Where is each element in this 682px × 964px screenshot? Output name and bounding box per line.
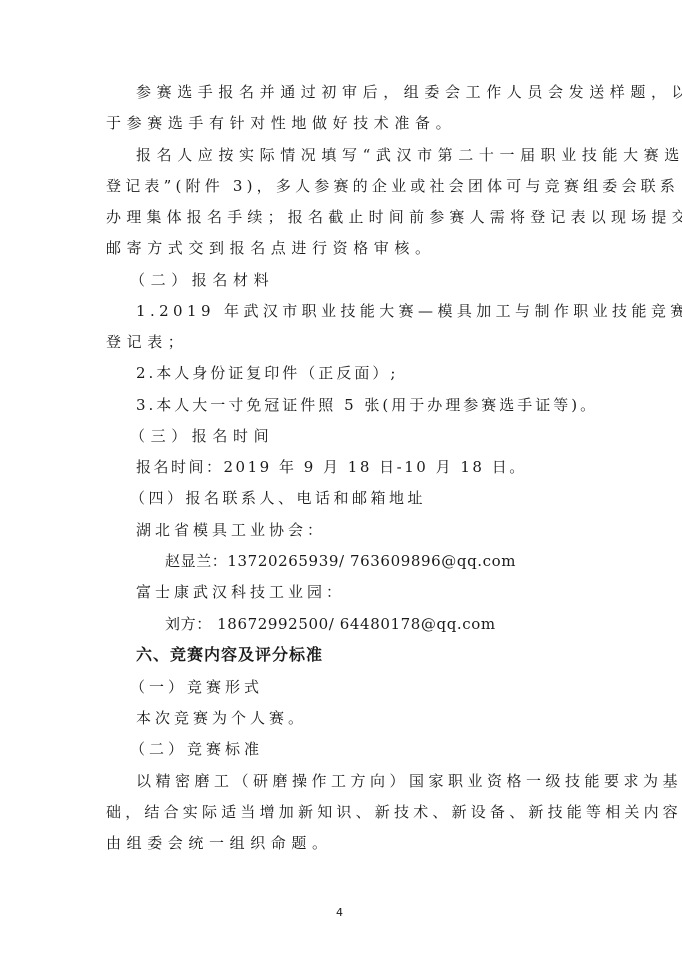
paragraph-line: 由组委会统一组织命题。 xyxy=(106,833,333,853)
section-subheading: （二）竞赛标准 xyxy=(130,739,263,759)
section-subheading: （一）竞赛形式 xyxy=(130,677,263,697)
paragraph-line: 报名时间：2019 年 9 月 18 日-10 月 18 日。 xyxy=(136,457,527,477)
section-subheading: （二）报名材料 xyxy=(130,270,274,290)
contact-org: 湖北省模具工业协会： xyxy=(136,520,326,540)
paragraph-line: 础，结合实际适当增加新知识、新技术、新设备、新技能等相关内容， xyxy=(106,802,682,822)
document-page: 参赛选手报名并通过初审后，组委会工作人员会发送样题，以利 于参赛选手有针对性地做… xyxy=(0,0,682,964)
list-item: 2.本人身份证复印件（正反面）; xyxy=(136,363,398,383)
list-item: 3.本人大一寸免冠证件照 5 张(用于办理参赛选手证等)。 xyxy=(136,395,598,415)
section-heading: 六、竞赛内容及评分标准 xyxy=(136,645,323,665)
paragraph-line: 1.2019 年武汉市职业技能大赛—模具加工与制作职业技能竞赛 xyxy=(136,301,682,321)
section-subheading: （四）报名联系人、电话和邮箱地址 xyxy=(130,488,426,508)
paragraph-line: 于参赛选手有针对性地做好技术准备。 xyxy=(106,113,456,133)
contact-org: 富士康武汉科技工业园： xyxy=(136,582,345,602)
paragraph-line: 登记表； xyxy=(106,332,188,352)
paragraph-line: 办理集体报名手续；报名截止时间前参赛人需将登记表以现场提交或 xyxy=(106,207,682,227)
paragraph-line: 以精密磨工（研磨操作工方向）国家职业资格一级技能要求为基 xyxy=(136,771,682,791)
paragraph-line: 报名人应按实际情况填写“武汉市第二十一届职业技能大赛选手 xyxy=(136,145,682,165)
contact-person: 刘方： 18672992500/ 64480178@qq.com xyxy=(165,614,496,634)
paragraph-line: 邮寄方式交到报名点进行资格审核。 xyxy=(106,238,436,258)
contact-person: 赵显兰：13720265939/ 763609896@qq.com xyxy=(165,551,516,571)
paragraph-line: 本次竞赛为个人赛。 xyxy=(136,708,307,728)
paragraph-line: 参赛选手报名并通过初审后，组委会工作人员会发送样题，以利 xyxy=(136,82,682,102)
page-number: 4 xyxy=(336,906,343,919)
paragraph-line: 登记表”(附件 3)，多人参赛的企业或社会团体可与竞赛组委会联系 xyxy=(106,176,679,196)
section-subheading: （三）报名时间 xyxy=(130,426,274,446)
